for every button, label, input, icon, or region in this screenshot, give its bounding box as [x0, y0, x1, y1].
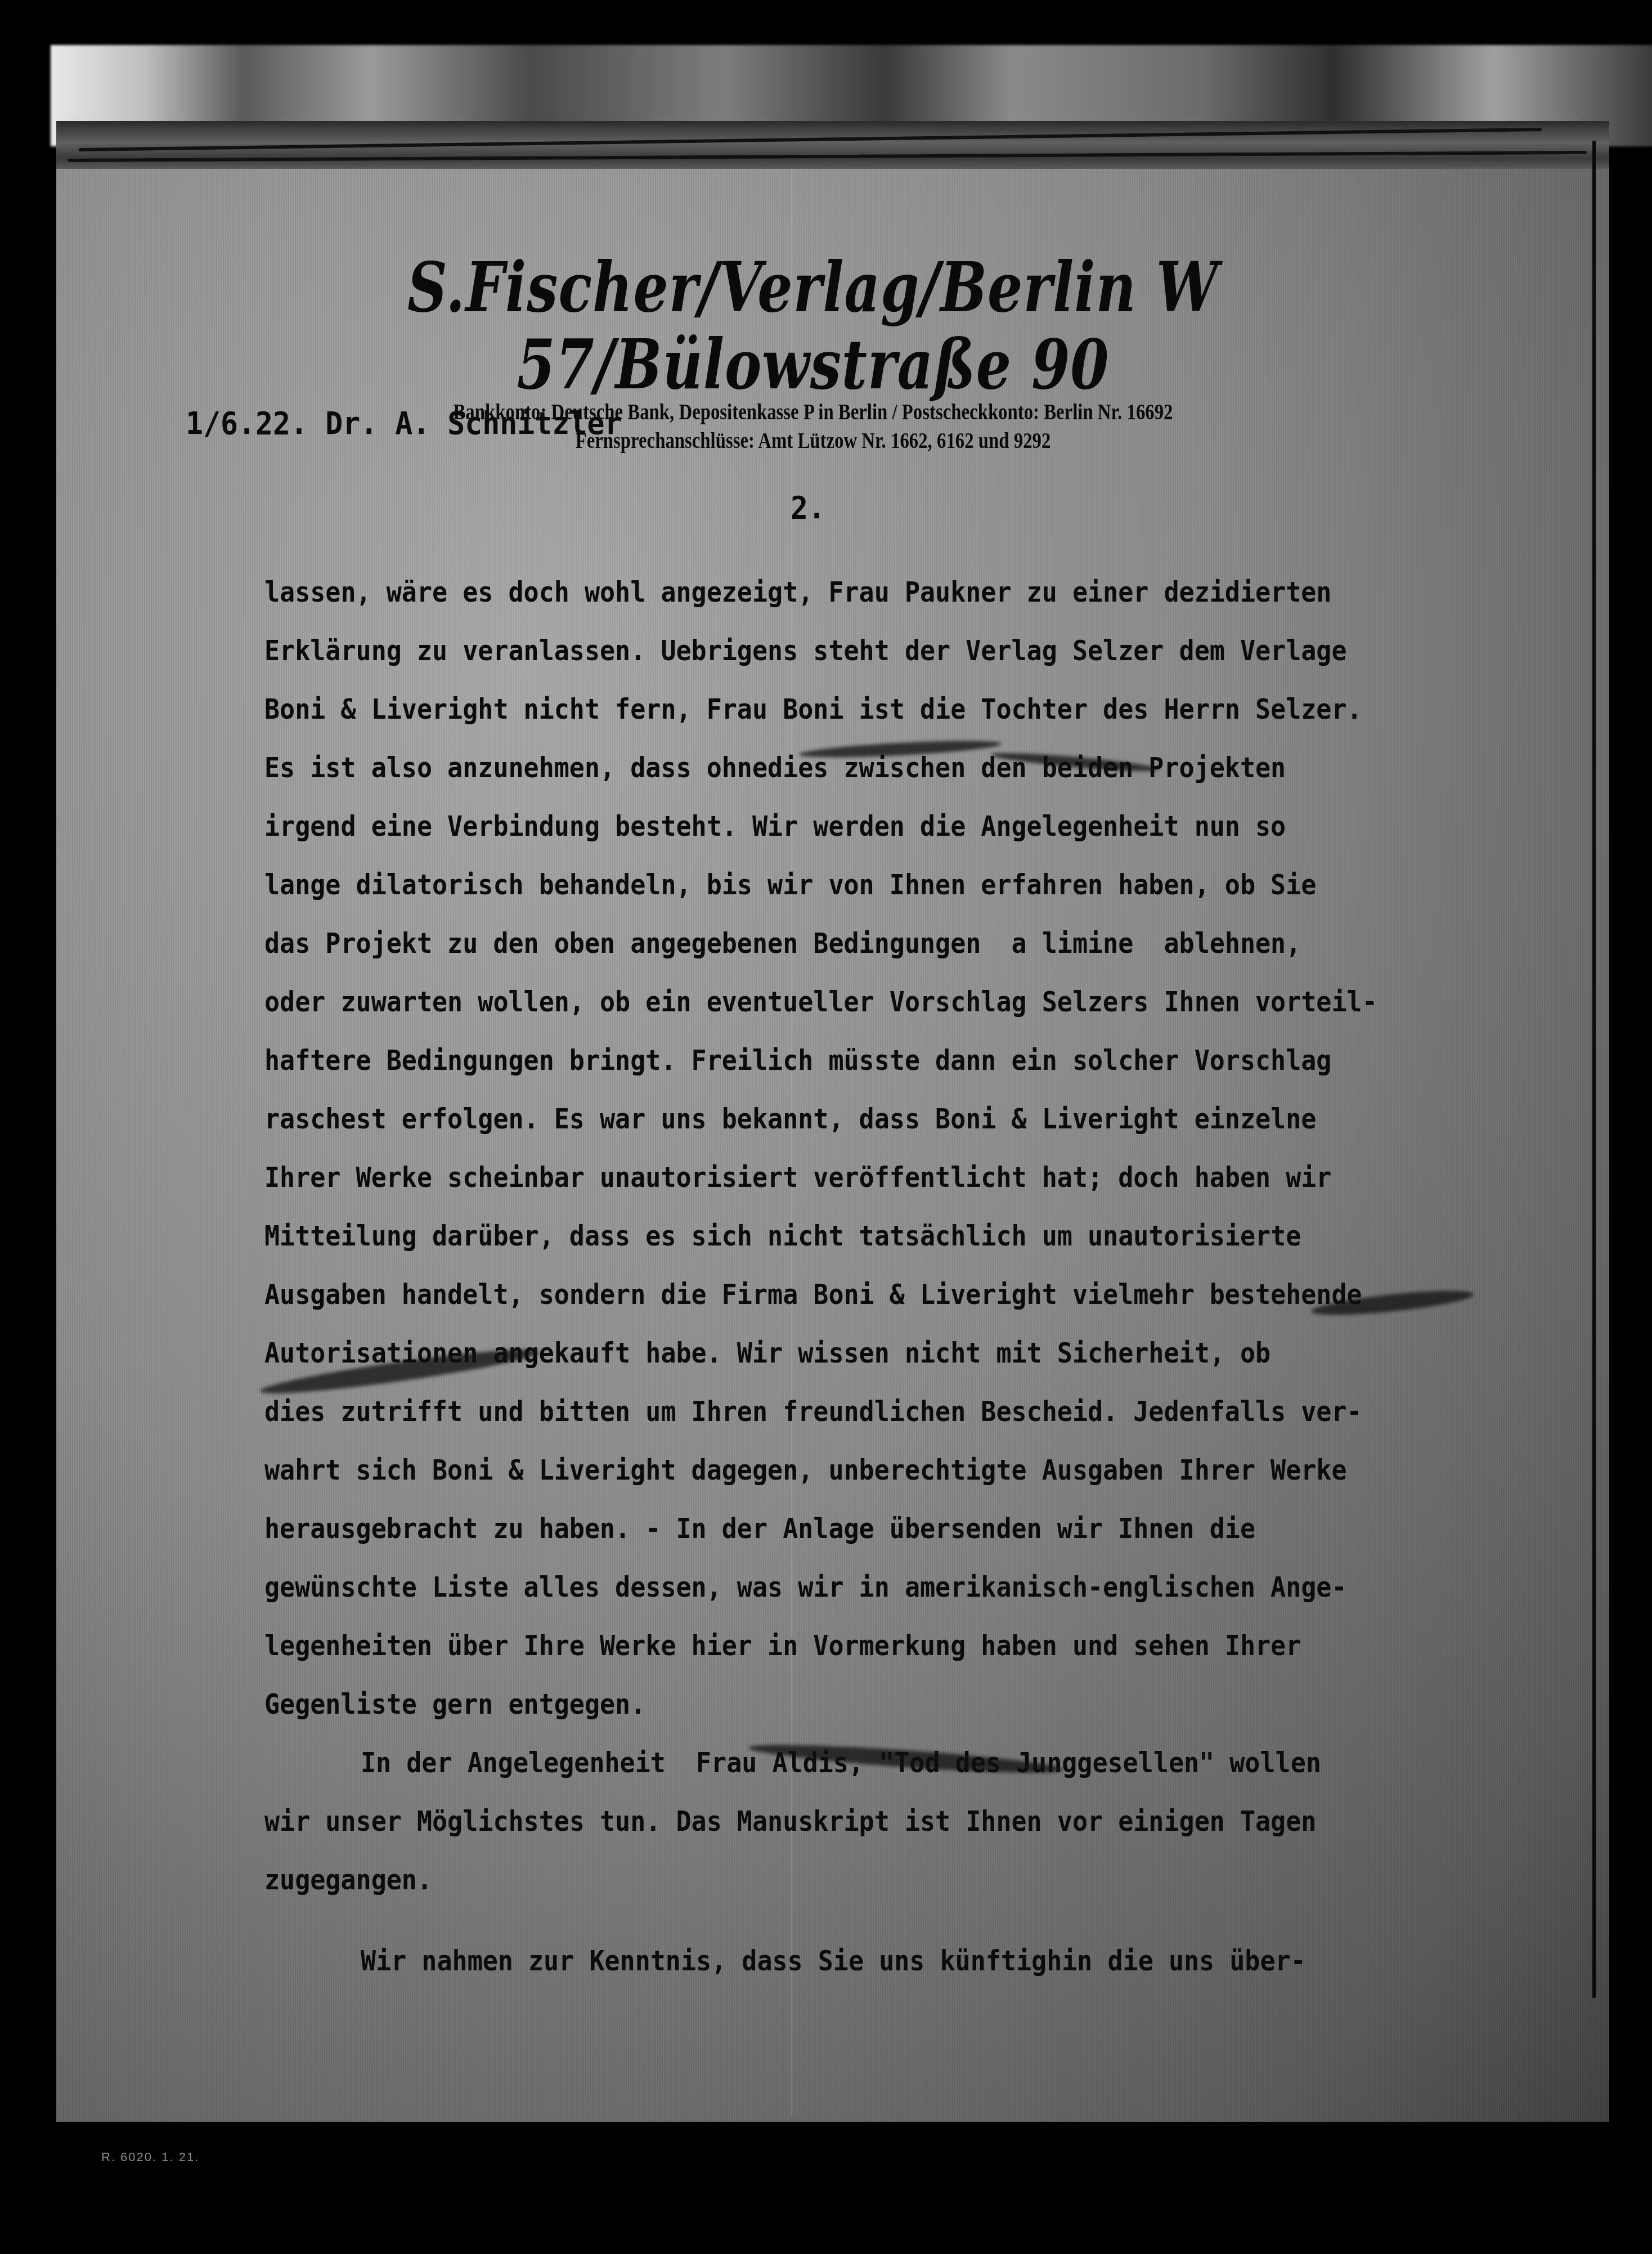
letter-body: lassen, wäre es doch wohl angezeigt, Fra… [264, 563, 1592, 1990]
body-line: dies zutrifft und bitten um Ihren freund… [264, 1382, 1460, 1441]
body-line: legenheiten über Ihre Werke hier in Vorm… [264, 1616, 1460, 1675]
body-line: Ausgaben handelt, sondern die Firma Boni… [264, 1265, 1460, 1324]
body-line: raschest erfolgen. Es war uns bekannt, d… [264, 1090, 1460, 1148]
body-line: wahrt sich Boni & Liveright dagegen, unb… [264, 1441, 1460, 1499]
page-right-edge [1592, 141, 1596, 1998]
body-line: Ihrer Werke scheinbar unautorisiert verö… [264, 1148, 1460, 1207]
body-line: irgend eine Verbindung besteht. Wir werd… [264, 797, 1460, 855]
body-line: lange dilatorisch behandeln, bis wir von… [264, 855, 1460, 914]
body-line: haftere Bedingungen bringt. Freilich müs… [264, 1031, 1460, 1090]
paper-stack-edges [56, 121, 1609, 174]
body-line: gewünschte Liste alles dessen, was wir i… [264, 1558, 1460, 1616]
paper-edge-line [68, 151, 1587, 162]
body-line: Gegenliste gern entgegen. [264, 1675, 1460, 1733]
paragraph2-line: zugegangen. [264, 1850, 1460, 1909]
paragraph3-line: Wir nahmen zur Kenntnis, dass Sie uns kü… [264, 1932, 1460, 1990]
body-line: Mitteilung darüber, dass es sich nicht t… [264, 1207, 1460, 1265]
page-number: 2. [791, 490, 825, 526]
paper-edge-line [79, 128, 1542, 151]
body-line: Erklärung zu veranlassen. Uebrigens steh… [264, 621, 1460, 680]
letterhead-title: S.Fischer/Verlag/Berlin W 57/Bülowstraße… [208, 249, 1418, 404]
form-stamp: R. 6020. 1. 21. [101, 2150, 199, 2165]
reference-line: 1/6.22. Dr. A. Schnitzler [186, 405, 622, 442]
paragraph2-line: wir unser Möglichstes tun. Das Manuskrip… [264, 1792, 1460, 1850]
body-line: lassen, wäre es doch wohl angezeigt, Fra… [264, 563, 1460, 621]
body-line: oder zuwarten wollen, ob ein eventueller… [264, 973, 1460, 1031]
body-line: Boni & Liveright nicht fern, Frau Boni i… [264, 680, 1460, 738]
body-line: das Projekt zu den oben angegebenen Bedi… [264, 914, 1460, 973]
body-line: herausgebracht zu haben. - In der Anlage… [264, 1499, 1460, 1558]
